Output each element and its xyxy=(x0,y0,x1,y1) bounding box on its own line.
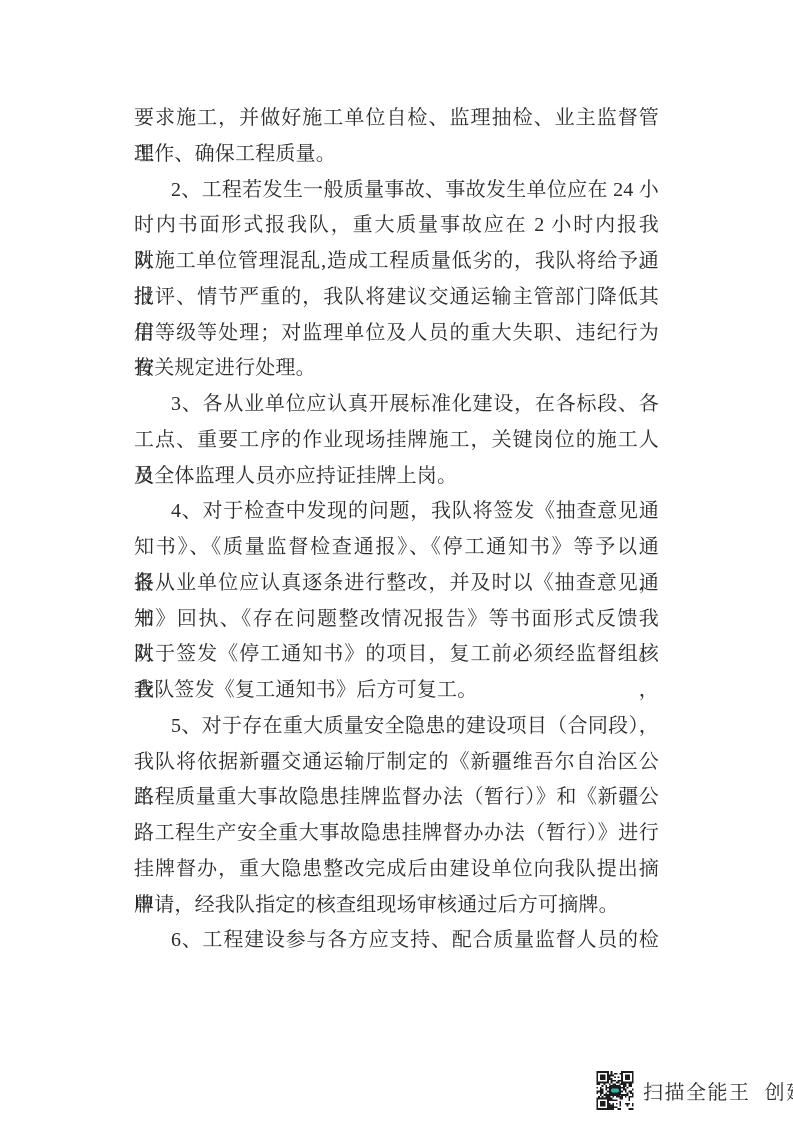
camscanner-footer: 扫描全能王 创建 xyxy=(596,1071,793,1110)
document-line: 要求施工，并做好施工单位自检、监理抽检、业主监督管理 xyxy=(134,101,659,137)
document-line: 对于签发《停工通知书》的项目，复工前必须经监督组核查， xyxy=(134,637,659,673)
document-line: 时内书面形式报我队，重大质量事故应在 2 小时内报我队。 xyxy=(134,208,659,244)
document-line: 书》回执、《存在问题整改情况报告》等书面形式反馈我队。 xyxy=(134,602,659,638)
document-line: 知书》、《质量监督检查通报》、《停工通知书》等予以通报， xyxy=(134,530,659,566)
document-body: 要求施工，并做好施工单位自检、监理抽检、业主监督管理工作、确保工程质量。2、工程… xyxy=(134,101,659,959)
document-line: 6、工程建设参与各方应支持、配合质量监督人员的检 xyxy=(134,923,659,959)
document-line: 挂牌督办，重大隐患整改完成后由建设单位向我队提出摘牌 xyxy=(134,852,659,888)
document-line: 有关规定进行处理。 xyxy=(134,351,659,387)
camscanner-watermark-text: 扫描全能王 创建 xyxy=(643,1076,793,1105)
document-line: 申请，经我队指定的核查组现场审核通过后方可摘牌。 xyxy=(134,888,659,924)
document-line: 工点、重要工序的作业现场挂牌施工，关键岗位的施工人员 xyxy=(134,423,659,459)
document-line: 工程质量重大事故隐患挂牌监督办法（暂行）》和《新疆公 xyxy=(134,780,659,816)
document-line: 用等级等处理；对监理单位及人员的重大失职、违纪行为按 xyxy=(134,316,659,352)
document-line: 各从业单位应认真逐条进行整改，并及时以《抽查意见通知 xyxy=(134,566,659,602)
document-line: 工作、确保工程质量。 xyxy=(134,137,659,173)
document-line: 4、对于检查中发现的问题，我队将签发《抽查意见通 xyxy=(134,494,659,530)
document-line: 5、对于存在重大质量安全隐患的建设项目（合同段）， xyxy=(134,709,659,745)
document-line: 批评、情节严重的，我队将建议交通运输主管部门降低其信 xyxy=(134,280,659,316)
document-line: 2、工程若发生一般质量事故、事故发生单位应在 24 小 xyxy=(134,173,659,209)
scanned-document-page: 要求施工，并做好施工单位自检、监理抽检、业主监督管理工作、确保工程质量。2、工程… xyxy=(0,0,793,1122)
camscanner-qr-code-icon xyxy=(596,1071,634,1110)
document-line: 对施工单位管理混乱,造成工程质量低劣的，我队将给予通报 xyxy=(134,244,659,280)
document-line: 路工程生产安全重大事故隐患挂牌督办办法（暂行）》进行 xyxy=(134,816,659,852)
document-line: 我队将依据新疆交通运输厅制定的《新疆维吾尔自治区公路 xyxy=(134,745,659,781)
document-line: 3、各从业单位应认真开展标准化建设，在各标段、各 xyxy=(134,387,659,423)
document-line: 及全体监理人员亦应持证挂牌上岗。 xyxy=(134,459,659,495)
